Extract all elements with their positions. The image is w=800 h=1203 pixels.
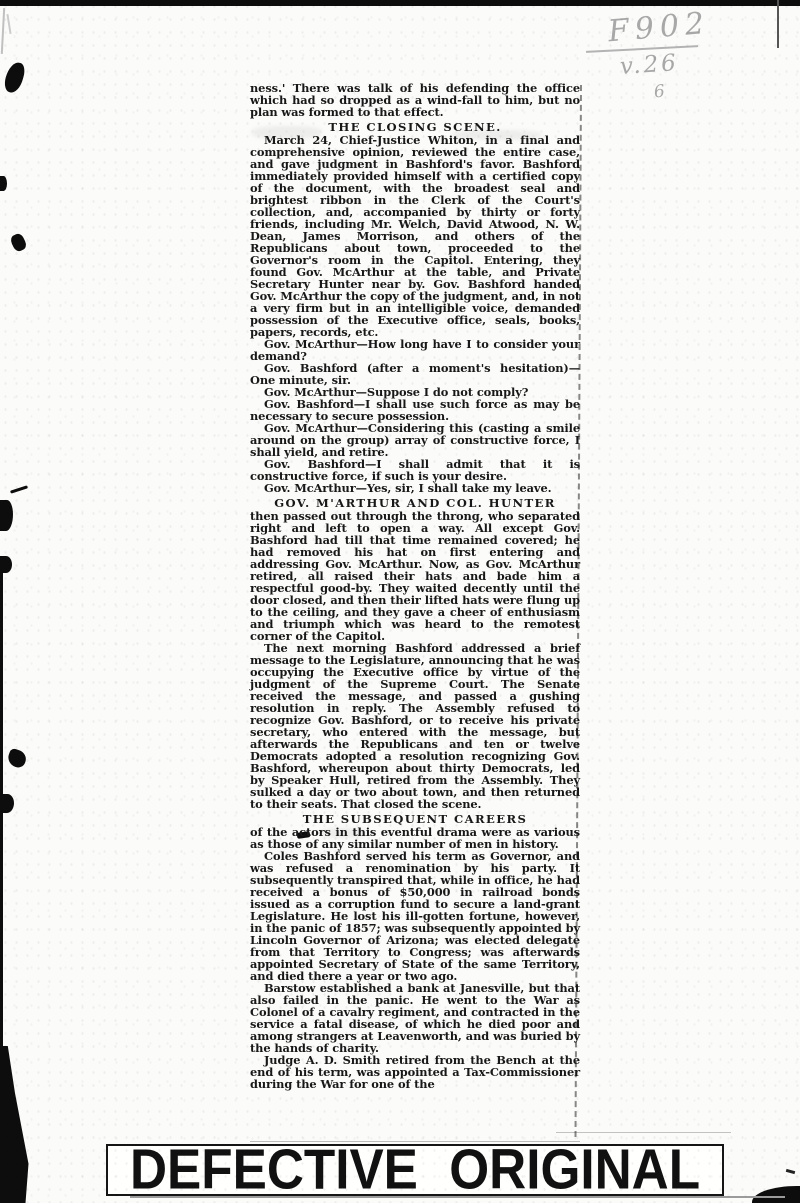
scan-edge-strip-left [0, 558, 3, 1053]
article-paragraph: Gov. McArthur—How long have I to conside… [250, 338, 580, 362]
article-paragraph: ness.' There was talk of his defending t… [250, 82, 580, 118]
article-heading: THE CLOSING SCENE. [250, 121, 580, 133]
article-paragraph: Gov. Bashford (after a moment's hesitati… [250, 362, 580, 386]
ink-blot [9, 232, 28, 253]
defective-original-stamp: DEFECTIVE ORIGINAL [106, 1144, 724, 1196]
article-paragraph: The next morning Bashford addressed a br… [250, 642, 580, 810]
ink-blot [0, 176, 7, 191]
stamp-label: DEFECTIVE ORIGINAL [130, 1144, 700, 1196]
scan-line [130, 1196, 785, 1198]
scan-line [556, 1132, 731, 1133]
scan-line [250, 1141, 580, 1142]
article-paragraph: Gov. Bashford—I shall admit that it is c… [250, 458, 580, 482]
article-paragraph: of the actors in this eventful drama wer… [250, 826, 580, 850]
pencil-squiggle-artifact [6, 14, 11, 34]
newspaper-column: ness.' There was talk of his defending t… [250, 82, 580, 1090]
article-paragraph: Coles Bashford served his term as Govern… [250, 850, 580, 982]
article-paragraph: Gov. McArthur—Yes, sir, I shall take my … [250, 482, 580, 494]
article-heading: THE SUBSEQUENT CAREERS [250, 813, 580, 825]
article-paragraph: then passed out through the throng, who … [250, 510, 580, 642]
pencil-squiggle-artifact [1, 8, 5, 54]
article-paragraph: March 24, Chief-Justice Whiton, in a fin… [250, 134, 580, 338]
handwritten-stray-digit: 6 [653, 81, 666, 102]
scan-edge-bar-top [0, 0, 800, 6]
ink-blot [6, 747, 29, 769]
article-paragraph: Gov. McArthur—Considering this (casting … [250, 422, 580, 458]
ink-stroke [10, 485, 28, 493]
scanned-page: F902 v.26 6 ness.' There was talk of his… [0, 0, 800, 1203]
handwritten-call-number: F902 [607, 6, 712, 50]
scan-shadow-bottom-left [0, 1046, 30, 1203]
ink-stroke [786, 1169, 795, 1174]
ink-blot [0, 500, 13, 531]
article-heading: GOV. M'ARTHUR AND COL. HUNTER [250, 497, 580, 509]
scan-shadow-bottom-right [752, 1186, 800, 1203]
article-paragraph: Barstow established a bank at Janesville… [250, 982, 580, 1054]
article-paragraph: Gov. Bashford—I shall use such force as … [250, 398, 580, 422]
scan-line-top-right [777, 0, 779, 48]
article-paragraph: Judge A. D. Smith retired from the Bench… [250, 1054, 580, 1090]
handwritten-volume: v.26 [619, 50, 680, 80]
ink-blot [2, 60, 26, 94]
